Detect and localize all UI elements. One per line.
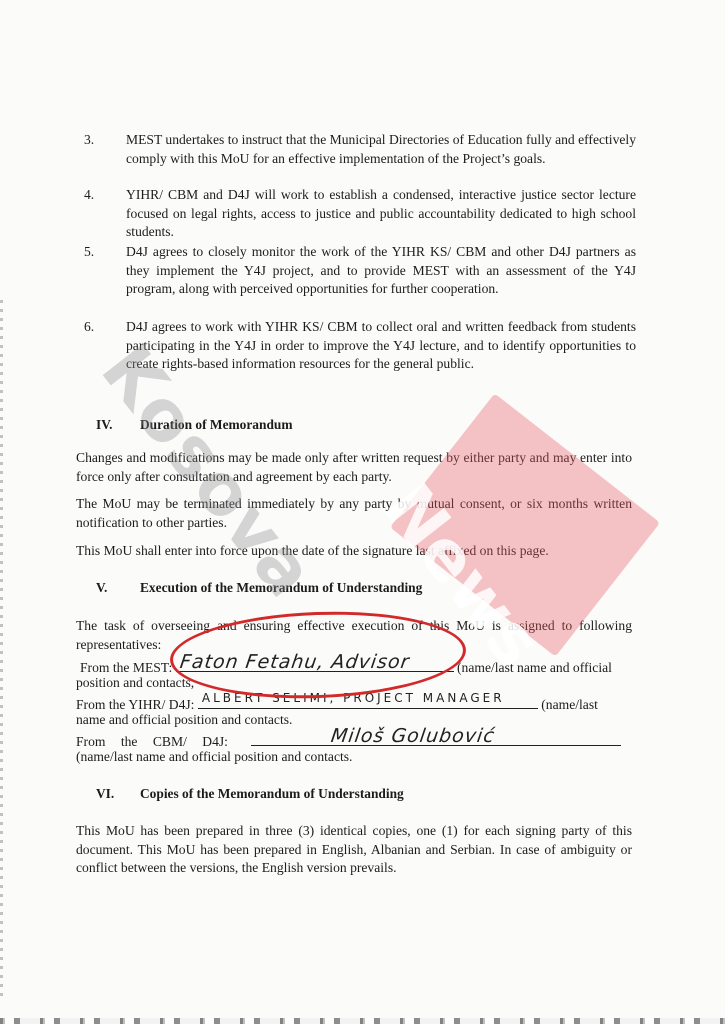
list-item-5: 5. D4J agrees to closely monitor the wor… — [84, 243, 636, 299]
section-number: VI. — [96, 786, 140, 802]
list-item-3: 3. MEST undertakes to instruct that the … — [84, 131, 636, 168]
section-title: Duration of Memorandum — [140, 417, 293, 432]
item-text: D4J agrees to closely monitor the work o… — [126, 243, 636, 299]
scan-edge-bottom — [0, 1018, 725, 1024]
item-number: 6. — [84, 318, 114, 337]
section-title: Copies of the Memorandum of Understandin… — [140, 786, 404, 801]
paragraph-entry-into-force: This MoU shall enter into force upon the… — [76, 542, 632, 561]
section-heading-iv: IV.Duration of Memorandum — [96, 417, 293, 433]
item-text: D4J agrees to work with YIHR KS/ CBM to … — [126, 318, 636, 374]
item-number: 5. — [84, 243, 114, 262]
paragraph-copies: This MoU has been prepared in three (3) … — [76, 822, 632, 878]
item-text: YIHR/ CBM and D4J will work to establish… — [126, 186, 636, 242]
section-number: V. — [96, 580, 140, 596]
section-heading-v: V.Execution of the Memorandum of Underst… — [96, 580, 422, 596]
section-heading-vi: VI.Copies of the Memorandum of Understan… — [96, 786, 404, 802]
cbm-representative-field: Miloš Golubović — [251, 729, 621, 746]
section-number: IV. — [96, 417, 140, 433]
paragraph-changes: Changes and modifications may be made on… — [76, 449, 632, 486]
list-item-6: 6. D4J agrees to work with YIHR KS/ CBM … — [84, 318, 636, 374]
item-number: 3. — [84, 131, 114, 150]
mest-label: From the MEST: — [80, 660, 172, 675]
scan-edge-left — [0, 300, 3, 1000]
yihr-label: From the YIHR/ D4J: — [76, 697, 194, 712]
item-text: MEST undertakes to instruct that the Mun… — [126, 131, 636, 168]
cbm-handwritten-name: Miloš Golubović — [330, 727, 496, 746]
cbm-label: From the CBM/ D4J: — [76, 734, 228, 749]
section-title: Execution of the Memorandum of Understan… — [140, 580, 422, 595]
list-item-4: 4. YIHR/ CBM and D4J will work to establ… — [84, 186, 636, 242]
paragraph-termination: The MoU may be terminated immediately by… — [76, 495, 632, 532]
cbm-continuation: (name/last name and official position an… — [76, 748, 632, 767]
document-page: 3. MEST undertakes to instruct that the … — [0, 0, 725, 1024]
mest-suffix: (name/last name and official — [457, 660, 612, 675]
yihr-suffix: (name/last — [541, 697, 598, 712]
item-number: 4. — [84, 186, 114, 205]
